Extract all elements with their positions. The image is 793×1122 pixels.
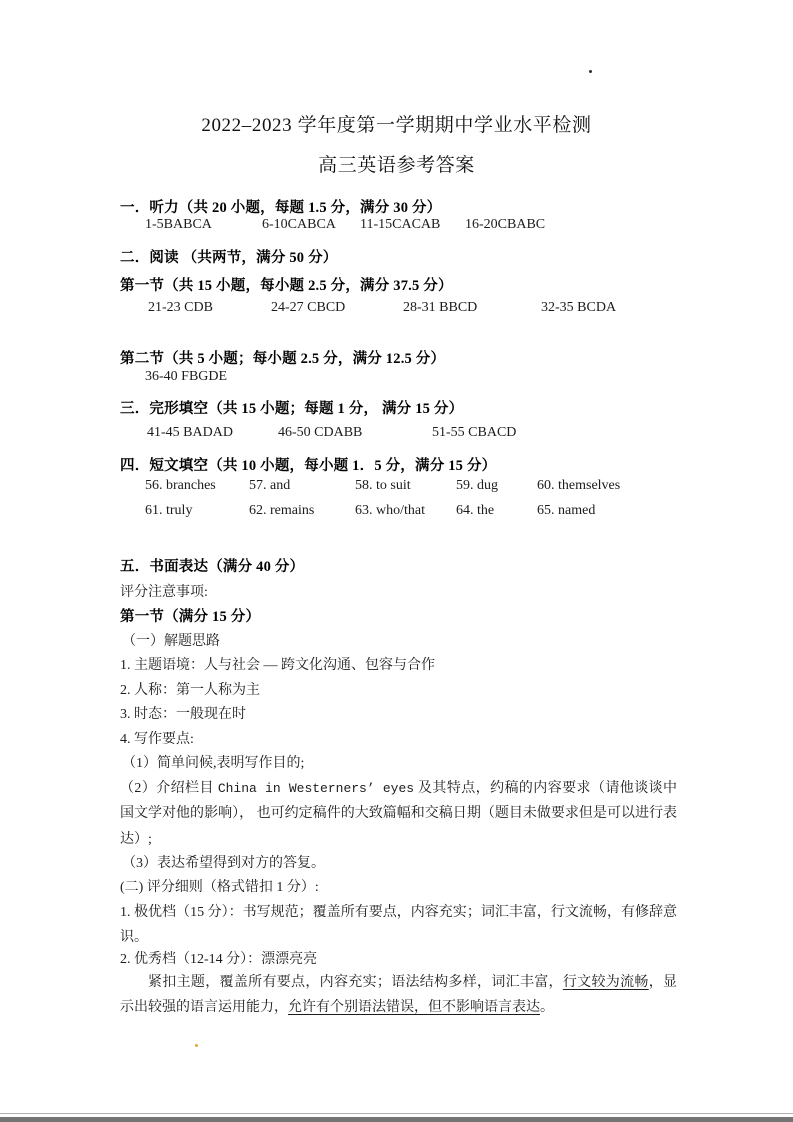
listening-answers-row: 1-5BABCA 6-10CABCA 11-15CACAB 16-20CBABC [145, 217, 545, 233]
writing-heading: 五．书面表达（满分 40 分） [120, 555, 304, 576]
document-title-line1: 2022–2023 学年度第一学期期中学业水平检测 [0, 110, 793, 137]
answer-key-document-page: 2022–2023 学年度第一学期期中学业水平检测 高三英语参考答案 一．听力（… [0, 0, 793, 1122]
blank-filling-row1: 56. branches 57. and 58. to suit 59. dug… [145, 478, 620, 494]
cloze-answers-row: 41-45 BADAD 46-50 CDABB 51-55 CBACD [147, 425, 516, 441]
answer-item: 59. dug [456, 478, 537, 494]
answer-item: 57. and [249, 478, 355, 494]
document-title-line2: 高三英语参考答案 [0, 150, 793, 177]
answer-item: 65. named [537, 503, 595, 519]
answer-group: 24-27 CBCD [271, 300, 403, 316]
writing-point-3: （3）表达希望得到对方的答复。 [122, 852, 325, 872]
reading-part1-heading: 第一节（共 15 小题，每小题 2.5 分，满分 37.5 分） [120, 274, 453, 295]
point2-column-name: China in Westerners’ eyes [218, 781, 414, 796]
page-bottom-border [0, 1117, 793, 1122]
stray-mark-top [589, 70, 592, 73]
answer-group: 1-5BABCA [145, 217, 262, 233]
answer-item: 61. truly [145, 503, 249, 519]
answer-item: 56. branches [145, 478, 249, 494]
answer-group: 16-20CBABC [465, 217, 545, 233]
rubric-tier-2-body: 紧扣主题，覆盖所有要点，内容充实；语法结构多样，词汇丰富，行文较为流畅，显示出较… [120, 970, 677, 1021]
reading-part1-answers-row: 21-23 CDB 24-27 CBCD 28-31 BBCD 32-35 BC… [148, 300, 616, 316]
writing-approach-heading: （一）解题思路 [122, 630, 220, 650]
reading-part2-answers: 36-40 FBGDE [145, 369, 227, 385]
writing-item: 4. 写作要点: [120, 728, 194, 748]
reading-heading: 二．阅读 （共两节，满分 50 分） [120, 246, 337, 267]
point2-prefix: （2）介绍栏目 [120, 781, 218, 796]
writing-note: 评分注意事项: [120, 581, 208, 601]
writing-item: 1. 主题语境：人与社会 — 跨文化沟通、包容与合作 [120, 654, 435, 674]
rubric-heading: (二) 评分细则（格式错扣 1 分）: [120, 876, 319, 896]
answer-group: 21-23 CDB [148, 300, 271, 316]
writing-point-1: （1）简单问候,表明写作目的; [122, 752, 304, 772]
answer-group: 28-31 BBCD [403, 300, 541, 316]
rubric2-text: 紧扣主题，覆盖所有要点，内容充实；语法结构多样，词汇丰富， [148, 975, 563, 990]
answer-item: 60. themselves [537, 478, 620, 494]
rubric2-underlined-text: 允许有个别语法错误，但不影响语言表达 [288, 1000, 540, 1015]
listening-heading: 一．听力（共 20 小题，每题 1.5 分，满分 30 分） [120, 196, 441, 217]
rubric-tier-2-heading: 2. 优秀档（12-14 分）：漂漂亮亮 [120, 948, 317, 968]
answer-group: 32-35 BCDA [541, 300, 616, 316]
page-bottom-divider [0, 1113, 793, 1114]
writing-point-2: （2）介绍栏目 China in Westerners’ eyes 及其特点，约… [120, 776, 677, 852]
rubric2-underlined-text: 行文较为流畅 [563, 975, 649, 990]
stray-mark-bottom [195, 1044, 198, 1047]
answer-group: 46-50 CDABB [278, 425, 432, 441]
answer-group: 41-45 BADAD [147, 425, 278, 441]
writing-part1-heading: 第一节（满分 15 分） [120, 605, 260, 626]
cloze-heading: 三．完形填空（共 15 小题；每题 1 分， 满分 15 分） [120, 397, 463, 418]
reading-part2-heading: 第二节（共 5 小题；每小题 2.5 分，满分 12.5 分） [120, 347, 445, 368]
answer-item: 63. who/that [355, 503, 456, 519]
writing-item: 2. 人称：第一人称为主 [120, 679, 260, 699]
answer-item: 62. remains [249, 503, 355, 519]
answer-item: 58. to suit [355, 478, 456, 494]
blank-filling-row2: 61. truly 62. remains 63. who/that 64. t… [145, 503, 595, 519]
answer-group: 11-15CACAB [360, 217, 465, 233]
rubric-tier-1: 1. 极优档（15 分）：书写规范；覆盖所有要点，内容充实；词汇丰富，行文流畅，… [120, 900, 677, 951]
answer-group: 6-10CABCA [262, 217, 360, 233]
answer-item: 64. the [456, 503, 537, 519]
answer-group: 51-55 CBACD [432, 425, 516, 441]
blank-filling-heading: 四．短文填空（共 10 小题，每小题 1．5 分，满分 15 分） [120, 454, 496, 475]
writing-item: 3. 时态：一般现在时 [120, 703, 246, 723]
rubric2-text: 。 [540, 1000, 554, 1015]
